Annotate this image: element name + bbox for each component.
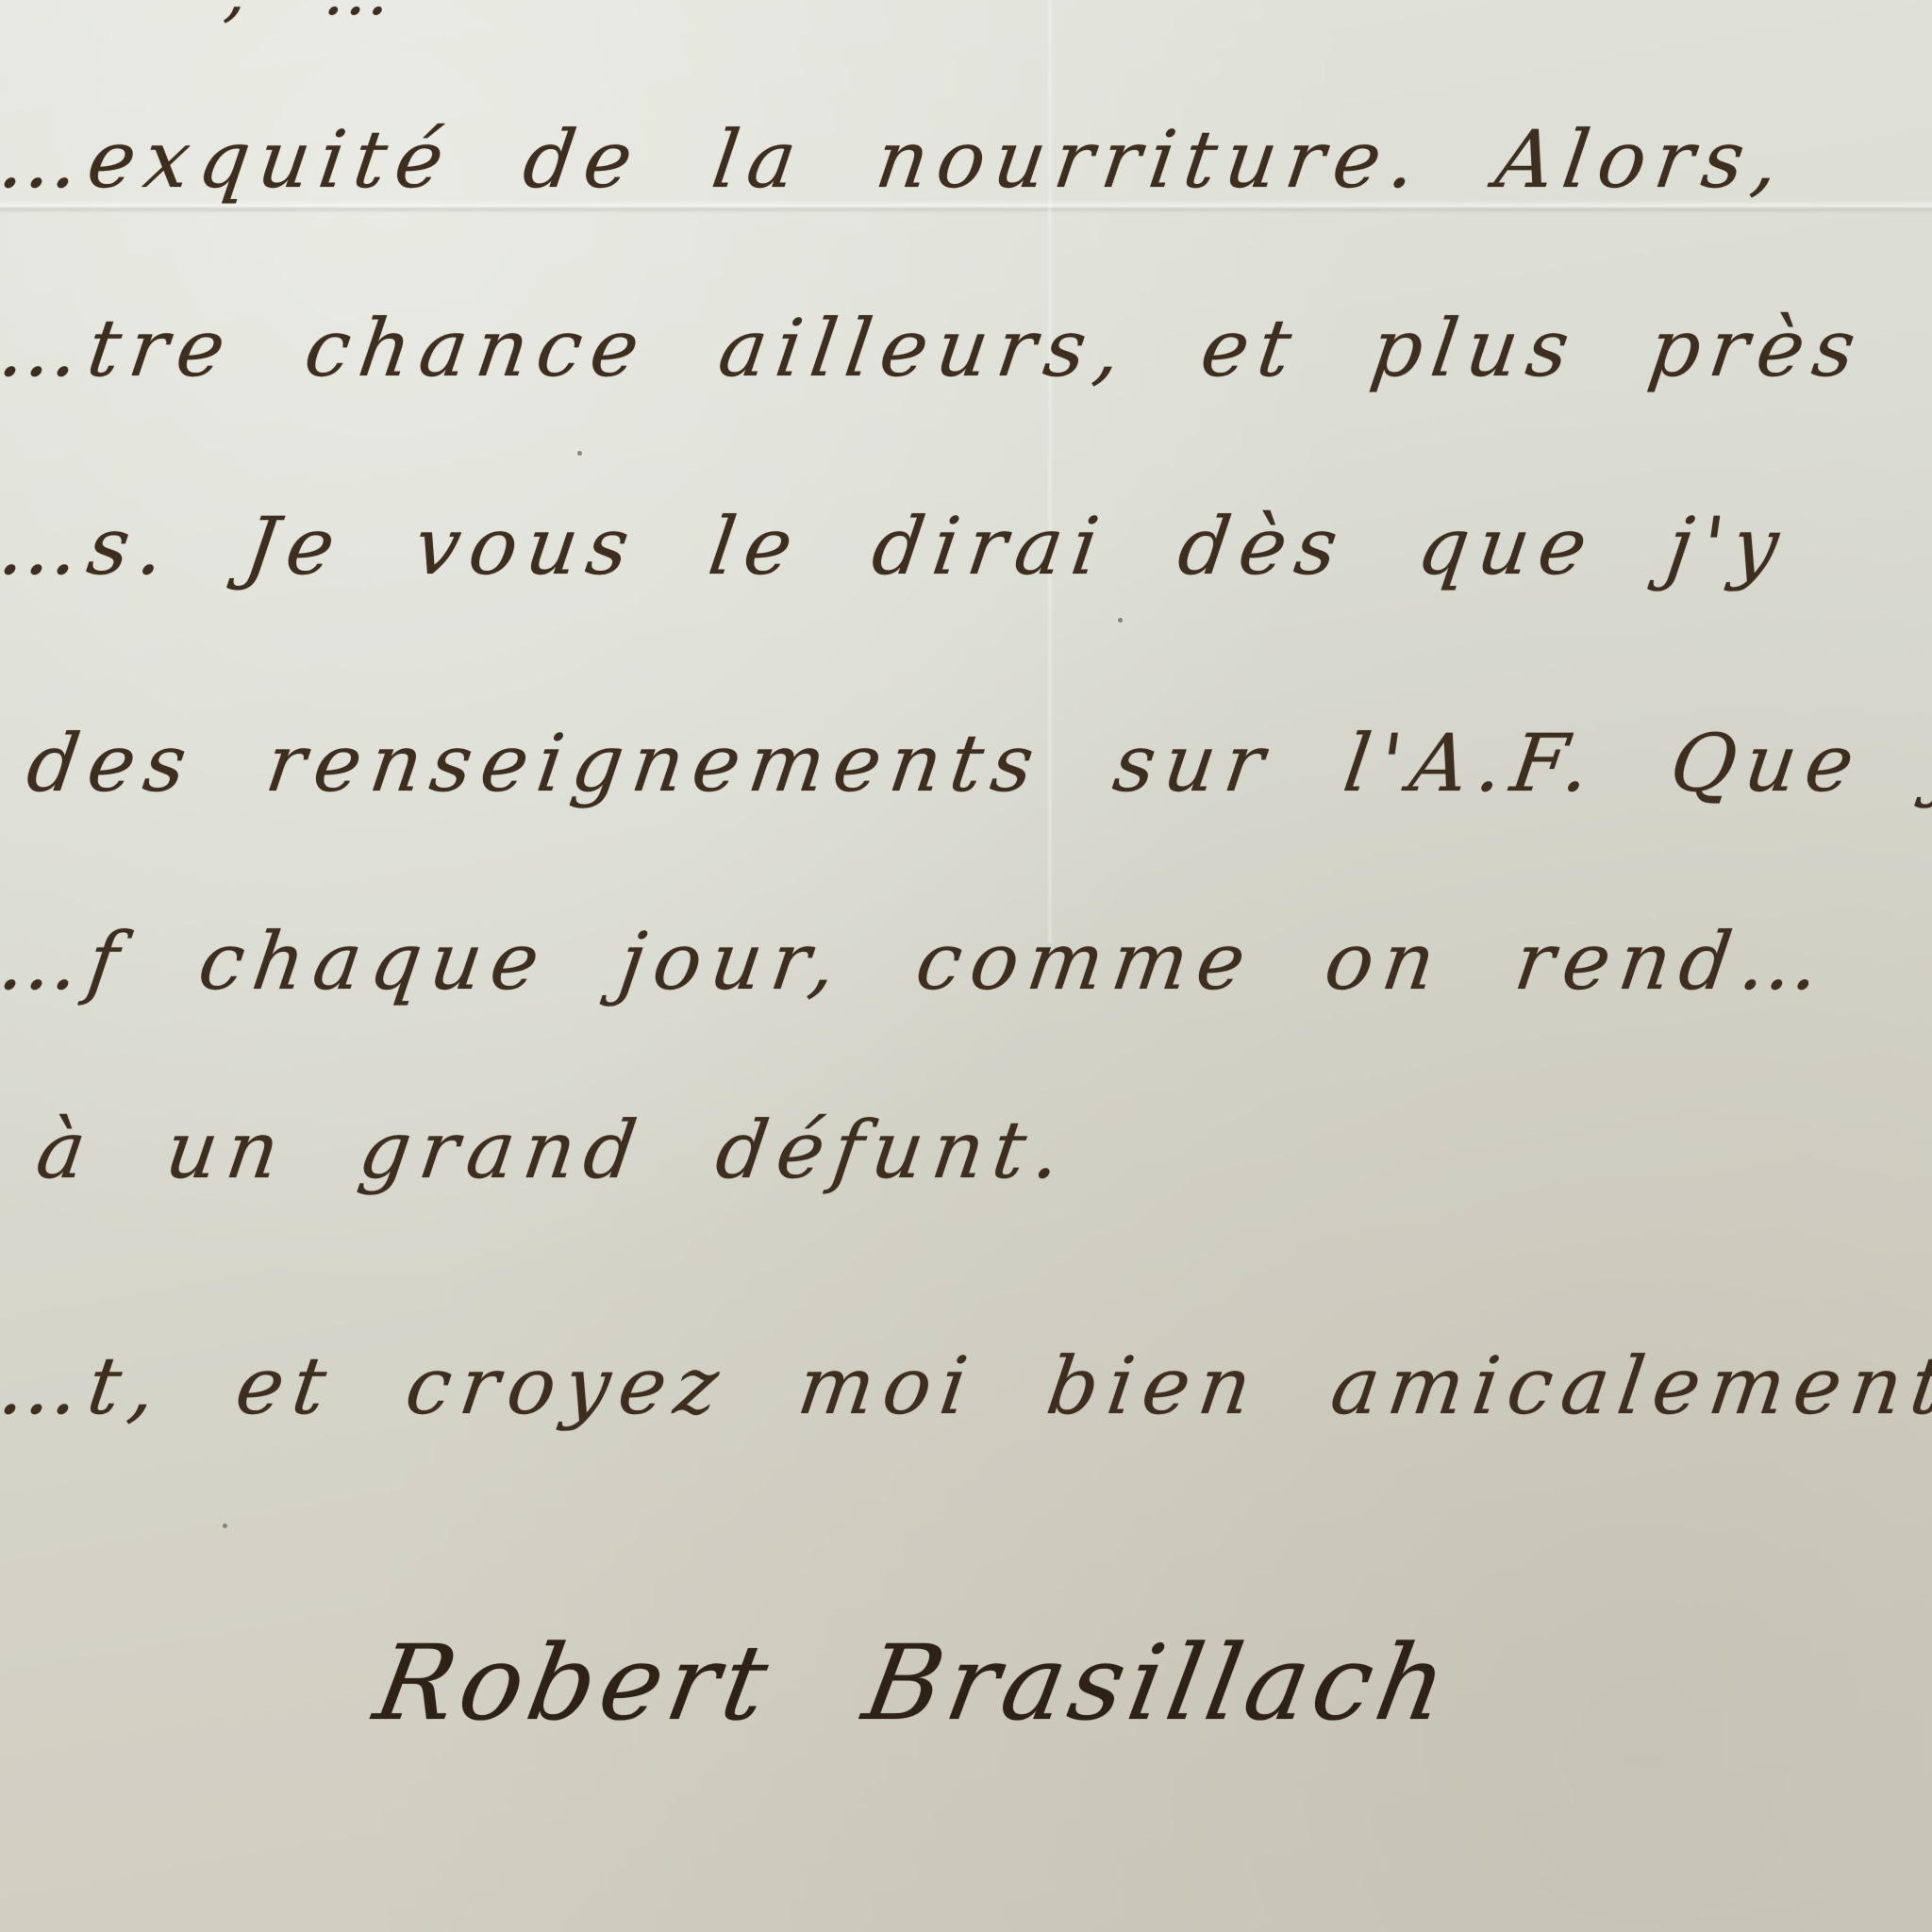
- paper-speck: [1118, 618, 1123, 623]
- letter-line-7: …t, et croyez moi bien amicalement: [0, 1340, 1932, 1432]
- letter-line-2: …tre chance ailleurs, et plus près de: [0, 302, 1932, 394]
- letter-paper: , … …exquité de la nourriture. Alors, …t…: [0, 0, 1932, 1932]
- letter-line-5: …f chaque jour, comme on rend…: [0, 915, 1836, 1008]
- signature: Robert Brasillach: [367, 1623, 1461, 1743]
- letter-line-1: …exquité de la nourriture. Alors,: [0, 113, 1794, 206]
- paper-speck: [223, 1524, 227, 1528]
- paper-speck: [577, 451, 582, 456]
- letter-line-3: …s. Je vous le dirai dès que j'y: [0, 500, 1793, 592]
- letter-line-4: des renseignements sur l'A.F. Que j…: [22, 717, 1932, 809]
- letter-line-0: , …: [221, 0, 406, 30]
- letter-line-6: à un grand défunt.: [31, 1104, 1075, 1196]
